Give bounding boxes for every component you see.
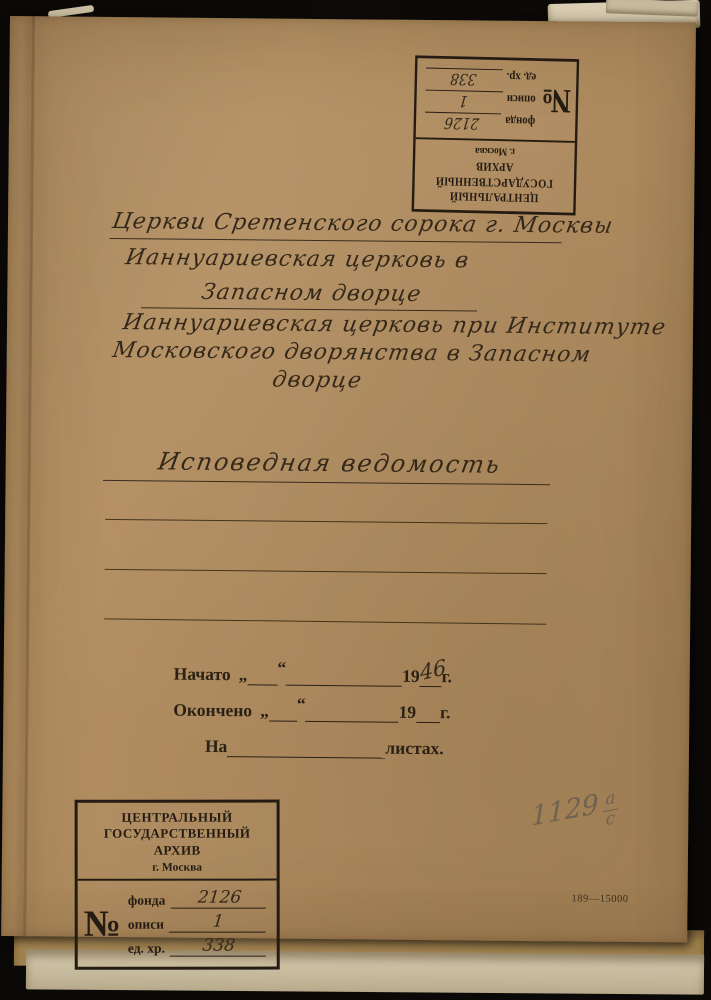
- stamp-opis-value: 1: [169, 913, 268, 932]
- month-blank: [286, 668, 402, 687]
- day-blank: [269, 704, 297, 722]
- blank-line-3: [104, 618, 546, 624]
- pencil-fraction-denominator: с: [603, 809, 619, 830]
- stamp-org-name: ЦЕНТРАЛЬНЫЙ ГОСУДАРСТВЕННЫЙ АРХИВ г. Мос…: [414, 137, 575, 212]
- pencil-catalogue-note: 1129 а с: [531, 785, 619, 843]
- dates-form: Начато „ “ 19 г. 46 Окончено „ “ 19 г.: [173, 664, 484, 775]
- stamp-edhr-row: ед. хр. 338: [425, 68, 536, 88]
- archive-stamp-bottom: ЦЕНТРАЛЬНЫЙ ГОСУДАРСТВЕННЫЙ АРХИВ г. Мос…: [75, 800, 280, 970]
- handwritten-church-line2: Ианнуариевская церковь в: [124, 245, 472, 273]
- pencil-fraction: а с: [602, 789, 618, 830]
- stamp-number-symbol: №: [541, 83, 572, 125]
- on-label: На: [205, 736, 228, 757]
- sheets-blank: [227, 740, 385, 759]
- year-suffix: г.: [440, 702, 451, 723]
- stamp-row-fond: фонда 2126: [128, 889, 267, 908]
- open-quote: „: [260, 700, 269, 721]
- stamp-org-line1: ЦЕНТРАЛЬНЫЙ: [81, 810, 274, 826]
- stamp-fond-label: фонда: [128, 892, 165, 908]
- handwritten-church2-line1: Ианнуариевская церковь при Институте: [121, 310, 668, 340]
- handwritten-church-line1: Церкви Сретенского сорока г. Москвы: [109, 209, 566, 243]
- stamp-fond-value: 2126: [423, 112, 501, 131]
- stamp-opis-value: 1: [424, 90, 503, 109]
- finished-row: Окончено „ “ 19 г.: [173, 700, 483, 724]
- handwritten-doc-title: Исповедная ведомость: [103, 447, 556, 485]
- open-quote: „: [239, 664, 248, 685]
- stamp-edhr-label: ед. хр.: [128, 940, 165, 956]
- stamp-opis-label: описи: [507, 92, 536, 107]
- stamp-edhr-value: 338: [424, 68, 503, 87]
- pencil-number: 1129: [531, 789, 599, 833]
- stamp-row-opis: описи 1: [128, 913, 267, 932]
- handwritten-church-line3: Запасном дворце: [141, 279, 482, 311]
- handwritten-church2-line3: дворце: [270, 368, 364, 394]
- archive-folder-photo: ЦЕНТРАЛЬНЫЙ ГОСУДАРСТВЕННЫЙ АРХИВ г. Мос…: [0, 0, 711, 1000]
- stamp-fond-label: фонда: [505, 114, 535, 129]
- stamp-org-city: г. Москва: [81, 861, 274, 873]
- month-blank: [306, 704, 399, 722]
- stamp-org-line2: ГОСУДАРСТВЕННЫЙ АРХИВ: [417, 158, 572, 192]
- archive-stamp-top: ЦЕНТРАЛЬНЫЙ ГОСУДАРСТВЕННЫЙ АРХИВ г. Мос…: [412, 56, 580, 216]
- cover-spine-fold: [23, 16, 35, 936]
- blank-line-1: [105, 519, 547, 524]
- stamp-row-opis: описи 1: [424, 90, 535, 110]
- year-blank: [416, 705, 440, 723]
- close-quote: “: [297, 694, 306, 715]
- stamp-org-city: г. Москва: [418, 144, 573, 159]
- year-prefix: 19: [402, 666, 420, 687]
- stamp-row-fond: фонда 2126: [424, 112, 535, 132]
- folder-cover: ЦЕНТРАЛЬНЫЙ ГОСУДАРСТВЕННЫЙ АРХИВ г. Мос…: [1, 16, 696, 943]
- started-label: Начато: [174, 664, 231, 686]
- year-prefix: 19: [399, 702, 417, 723]
- started-row: Начато „ “ 19 г. 46: [174, 664, 484, 688]
- sheets-row: На листах.: [205, 736, 483, 760]
- stamp-fond-value: 2126: [170, 889, 267, 908]
- blank-line-2: [105, 569, 547, 574]
- stamp-edhr-label: ед. хр.: [506, 70, 536, 85]
- stamp-org-line2: ГОСУДАРСТВЕННЫЙ АРХИВ: [81, 826, 274, 859]
- printers-code: 189—15000: [571, 893, 628, 905]
- close-quote: “: [277, 658, 286, 679]
- stamp-org-name: ЦЕНТРАЛЬНЫЙ ГОСУДАРСТВЕННЫЙ АРХИВ г. Мос…: [78, 803, 277, 881]
- sheets-label: листах.: [385, 738, 444, 760]
- stamp-edhr-value: 338: [170, 937, 268, 956]
- stamp-edhr-row: ед. хр. 338: [128, 937, 267, 956]
- day-blank: [247, 668, 277, 686]
- stamp-opis-label: описи: [128, 916, 164, 932]
- stamp-number-symbol: №: [84, 898, 121, 943]
- finished-label: Окончено: [173, 700, 252, 722]
- handwritten-church2-line2: Московского дворянства в Запасном: [111, 338, 594, 368]
